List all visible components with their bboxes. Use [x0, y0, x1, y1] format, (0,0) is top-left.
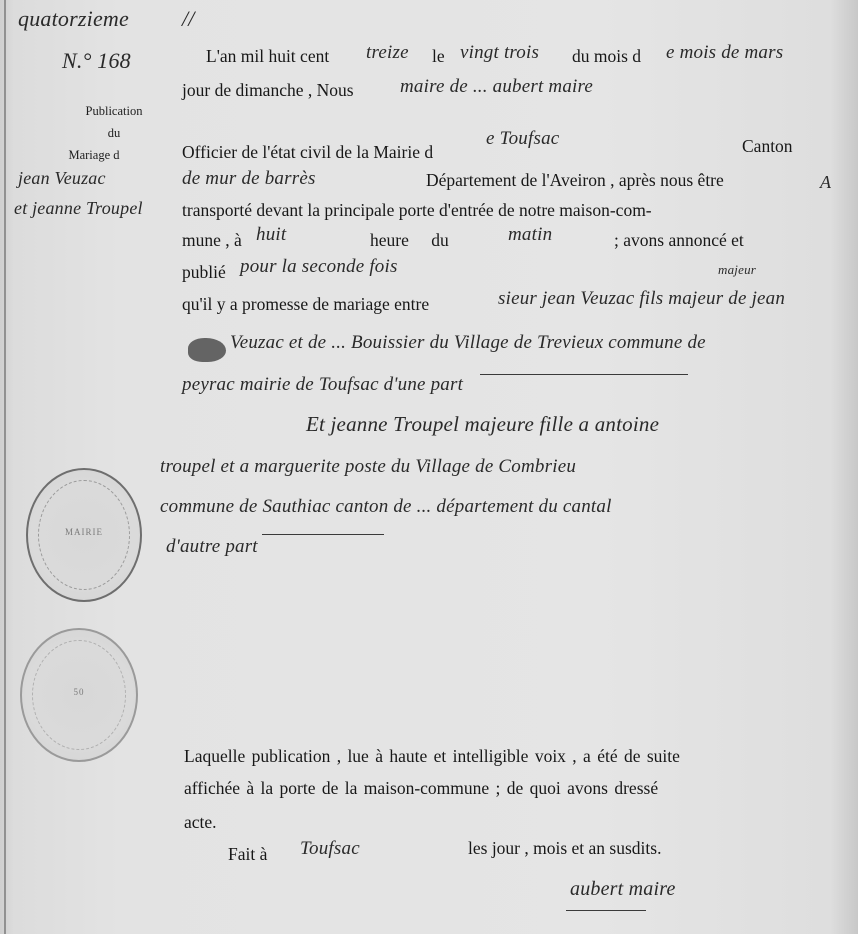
printed-text: Canton	[742, 136, 793, 157]
printed-text: L'an mil huit cent	[206, 46, 329, 67]
hand-time-of-day: matin	[508, 224, 552, 246]
hand-bride: Et jeanne Troupel majeure fille a antoin…	[306, 412, 659, 437]
printed-text: le	[432, 46, 445, 67]
signature-underline	[566, 910, 646, 911]
margin-label-publication: Publication	[72, 104, 156, 119]
document-page: quatorzieme // N.° 168 Publication du Ma…	[0, 0, 858, 934]
hand-officer: maire de ... aubert maire	[400, 76, 593, 98]
margin-label-du: du	[72, 126, 156, 141]
printed-text: mune , à	[182, 230, 242, 251]
printed-text: jour de dimanche , Nous	[182, 80, 354, 101]
printed-text: qu'il y a promesse de mariage entre	[182, 294, 429, 315]
act-number: N.° 168	[62, 48, 131, 74]
printed-text: du mois d	[572, 46, 641, 67]
closing-line-3: acte.	[184, 812, 217, 833]
printed-text: transporté devant la principale porte d'…	[182, 200, 652, 221]
municipal-seal-icon: MAIRIE	[26, 468, 142, 602]
margin-label-mariage: Mariage d	[52, 148, 136, 163]
hand-month: e mois de mars	[666, 42, 783, 64]
printed-text: Département de l'Aveiron , après nous êt…	[426, 170, 724, 191]
right-margin-mark: A	[820, 172, 831, 193]
margin-bride-name: et jeanne Troupel	[14, 198, 143, 219]
hand-groom-residence: peyrac mairie de Toufsac d'une part	[182, 374, 463, 396]
stamp-seal-icon: 50	[20, 628, 138, 762]
margin-top-note: quatorzieme	[18, 6, 129, 32]
hand-publication-count: pour la seconde fois	[240, 256, 398, 278]
hand-year: treize	[366, 42, 409, 64]
hand-place: Toufsac	[300, 838, 360, 860]
hand-bride-residence: commune de Sauthiac canton de ... départ…	[160, 496, 612, 518]
hand-hour: huit	[256, 224, 286, 246]
hand-superscript: majeur	[718, 262, 756, 278]
hand-mairie: e Toufsac	[486, 128, 559, 150]
hand-groom-details: Veuzac et de ... Bouissier du Village de…	[230, 332, 706, 354]
ink-blot	[188, 338, 226, 362]
margin-groom-name: jean Veuzac	[18, 168, 106, 189]
closing-line-2: affichée à la porte de la maison-commune…	[184, 778, 658, 799]
dash-line	[262, 534, 384, 535]
hand-other-part: d'autre part	[166, 536, 258, 558]
fait-suffix: les jour , mois et an susdits.	[468, 838, 661, 859]
printed-text: ; avons annoncé et	[614, 230, 744, 251]
printed-text: heure du	[370, 230, 449, 251]
hand-day: vingt trois	[460, 42, 539, 64]
printed-text: publié	[182, 262, 226, 283]
hand-bride-parents: troupel et a marguerite poste du Village…	[160, 456, 576, 478]
closing-line-1: Laquelle publication , lue à haute et in…	[184, 746, 680, 767]
signature: aubert maire	[570, 878, 676, 901]
dash-line	[480, 374, 688, 375]
fait-a-label: Fait à	[228, 844, 267, 865]
hand-groom: sieur jean Veuzac fils majeur de jean	[498, 288, 785, 310]
margin-top-slash: //	[182, 6, 195, 32]
hand-canton: de mur de barrès	[182, 168, 316, 190]
printed-text: Officier de l'état civil de la Mairie d	[182, 142, 433, 163]
page-edge	[4, 0, 6, 934]
